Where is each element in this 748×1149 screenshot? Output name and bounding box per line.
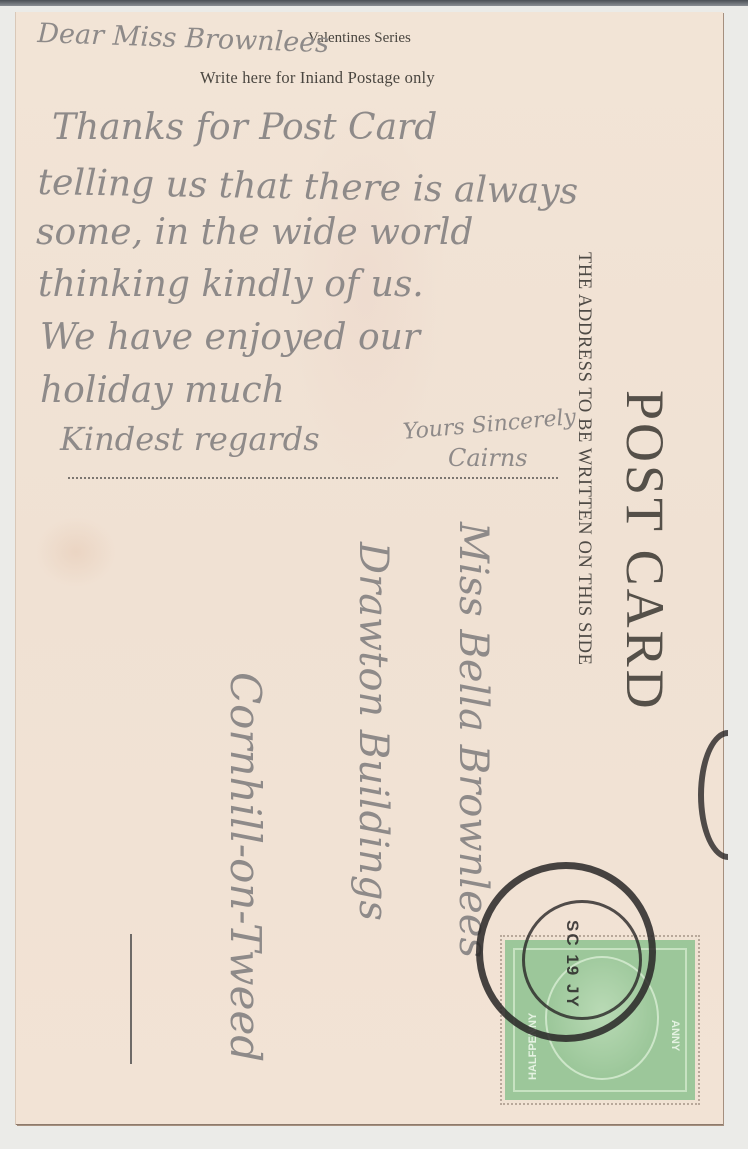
address-underline	[130, 934, 132, 1064]
message-line: Kindest regards	[60, 420, 320, 458]
message-instruction: Write here for Iniand Postage only	[200, 68, 435, 88]
postcard-title: POST CARD	[614, 390, 676, 712]
address-line: Drawton Buildings	[350, 542, 396, 921]
stamp-value-right: ANNY	[669, 1020, 681, 1051]
message-line: Thanks for Post Card	[52, 107, 437, 148]
message-line: holiday much	[40, 370, 285, 411]
postmark-inner-ring	[522, 900, 642, 1020]
message-line: some, in the wide world	[36, 212, 473, 253]
scanner-top-edge	[0, 0, 748, 6]
message-line: thinking kindly of us.	[38, 264, 424, 305]
closing: Yours Sincerely	[402, 405, 577, 445]
dotted-divider	[68, 477, 558, 479]
signature: Cairns	[448, 444, 528, 472]
address-instruction: THE ADDRESS TO BE WRITTEN ON THIS SIDE	[573, 252, 594, 666]
postmark-date: SC 19 JY	[562, 920, 582, 1009]
salutation: Dear Miss Brownlees	[37, 18, 330, 59]
message-line: We have enjoyed our	[40, 317, 420, 358]
address-line: Miss Bella Brownlees	[450, 522, 496, 958]
message-line: telling us that there is always	[37, 162, 578, 212]
address-line: Cornhill-on-Tweed	[221, 672, 270, 1062]
